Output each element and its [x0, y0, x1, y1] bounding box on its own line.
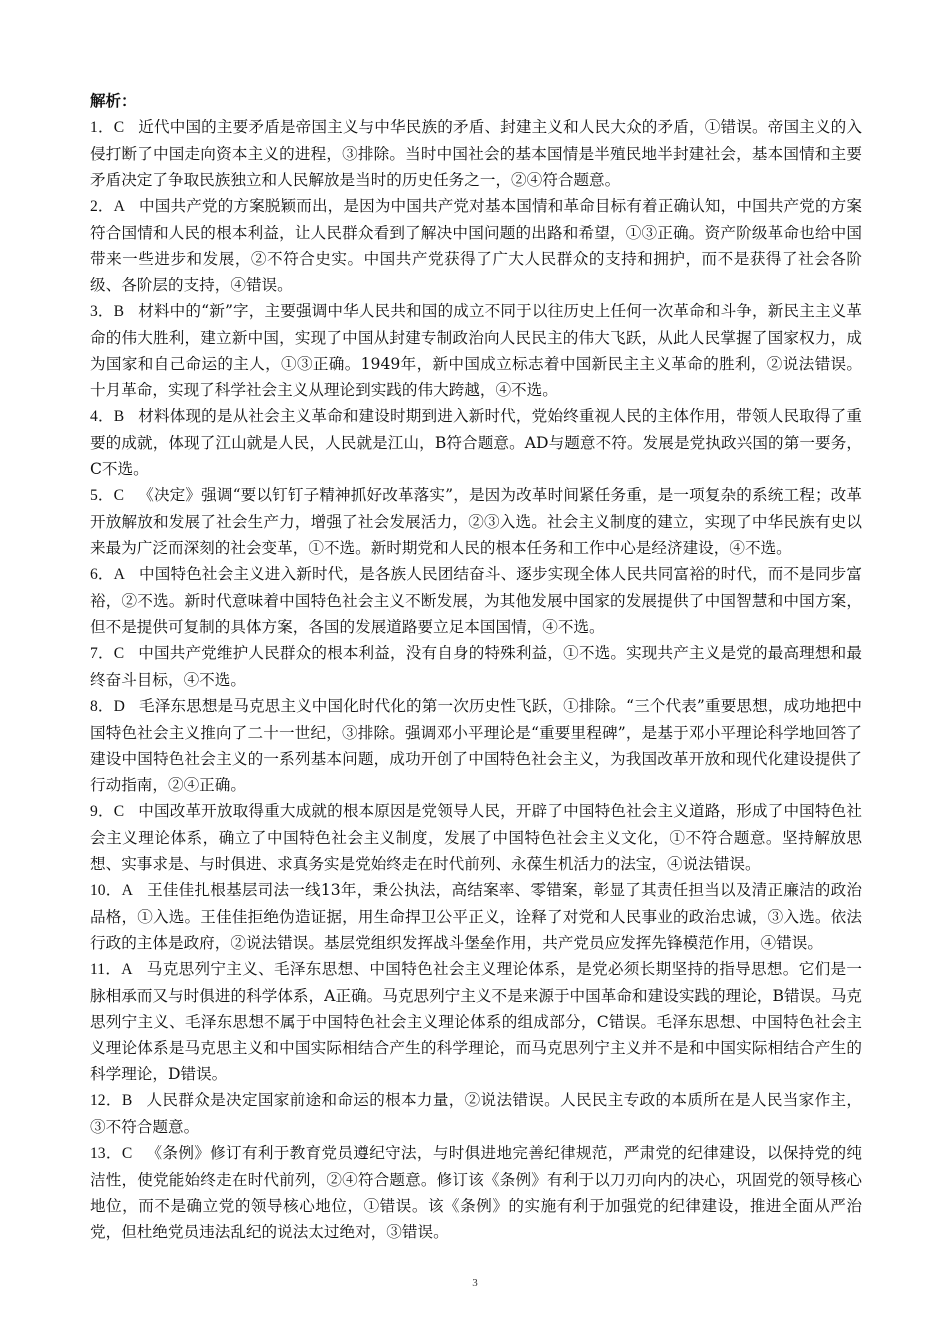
- explanation-item-10: 10．A王佳佳扎根基层司法一线13年，秉公执法，高结案率、零错案，彰显了其责任担…: [90, 877, 862, 956]
- item-answer: A: [121, 961, 132, 978]
- explanation-item-6: 6．A中国特色社会主义进入新时代，是各族人民团结奋斗、逐步实现全体人民共同富裕的…: [90, 561, 862, 640]
- item-answer: A: [114, 566, 125, 583]
- item-answer: C: [114, 645, 124, 662]
- item-text: 王佳佳扎根基层司法一线13年，秉公执法，高结案率、零错案，彰显了其责任担当以及清…: [90, 881, 862, 952]
- explanation-item-11: 11．A马克思列宁主义、毛泽东思想、中国特色社会主义理论体系，是党必须长期坚持的…: [90, 956, 862, 1087]
- item-number: 10．: [90, 882, 122, 899]
- item-answer: C: [114, 487, 124, 504]
- item-answer: C: [114, 803, 124, 820]
- item-answer: B: [114, 408, 124, 425]
- item-text: 《条例》修订有利于教育党员遵纪守法，与时俱进地完善纪律规范，严肃党的纪律建设，以…: [90, 1144, 862, 1241]
- item-text: 近代中国的主要矛盾是帝国主义与中华民族的矛盾、封建主义和人民大众的矛盾，①错误。…: [90, 118, 862, 189]
- item-text: 中国改革开放取得重大成就的根本原因是党领导人民，开辟了中国特色社会主义道路，形成…: [90, 802, 862, 873]
- explanation-item-1: 1．C近代中国的主要矛盾是帝国主义与中华民族的矛盾、封建主义和人民大众的矛盾，①…: [90, 114, 862, 193]
- item-number: 12．: [90, 1092, 122, 1109]
- item-text: 《决定》强调“要以钉钉子精神抓好改革落实”，是因为改革时间紧任务重，是一项复杂的…: [90, 486, 862, 557]
- item-number: 7．: [90, 645, 114, 662]
- item-answer: C: [114, 119, 124, 136]
- answer-explanations: 解析： 1．C近代中国的主要矛盾是帝国主义与中华民族的矛盾、封建主义和人民大众的…: [90, 88, 862, 1245]
- item-answer: A: [122, 882, 133, 899]
- explanation-item-12: 12．B人民群众是决定国家前途和命运的根本力量，②说法错误。人民民主专政的本质所…: [90, 1087, 862, 1140]
- item-answer: B: [114, 303, 124, 320]
- item-number: 13．: [90, 1145, 122, 1162]
- explanation-item-3: 3．B材料中的“新”字，主要强调中华人民共和国的成立不同于以往历史上任何一次革命…: [90, 298, 862, 403]
- page-number: 3: [0, 1277, 950, 1289]
- explanation-item-4: 4．B材料体现的是从社会主义革命和建设时期到进入新时代，党始终重视人民的主体作用…: [90, 403, 862, 482]
- item-answer: C: [122, 1145, 132, 1162]
- explanation-item-8: 8．D毛泽东思想是马克思主义中国化时代化的第一次历史性飞跃，①排除。“三个代表”…: [90, 693, 862, 798]
- explanation-item-9: 9．C中国改革开放取得重大成就的根本原因是党领导人民，开辟了中国特色社会主义道路…: [90, 798, 862, 877]
- item-number: 2．: [90, 198, 114, 215]
- section-heading: 解析：: [90, 88, 862, 114]
- item-text: 人民群众是决定国家前途和命运的根本力量，②说法错误。人民民主专政的本质所在是人民…: [90, 1091, 862, 1136]
- item-number: 3．: [90, 303, 114, 320]
- item-answer: B: [122, 1092, 132, 1109]
- item-text: 材料中的“新”字，主要强调中华人民共和国的成立不同于以往历史上任何一次革命和斗争…: [90, 302, 862, 399]
- item-number: 4．: [90, 408, 114, 425]
- item-number: 9．: [90, 803, 114, 820]
- item-number: 11．: [90, 961, 121, 978]
- item-text: 材料体现的是从社会主义革命和建设时期到进入新时代，党始终重视人民的主体作用，带领…: [90, 407, 862, 478]
- item-answer: A: [114, 198, 125, 215]
- explanation-item-5: 5．C《决定》强调“要以钉钉子精神抓好改革落实”，是因为改革时间紧任务重，是一项…: [90, 482, 862, 561]
- item-answer: D: [114, 698, 125, 715]
- explanation-item-2: 2．A中国共产党的方案脱颖而出，是因为中国共产党对基本国情和革命目标有着正确认知…: [90, 193, 862, 298]
- item-number: 1．: [90, 119, 114, 136]
- item-text: 中国共产党维护人民群众的根本利益，没有自身的特殊利益，①不选。实现共产主义是党的…: [90, 644, 862, 689]
- item-text: 毛泽东思想是马克思主义中国化时代化的第一次历史性飞跃，①排除。“三个代表”重要思…: [90, 697, 862, 794]
- item-text: 中国特色社会主义进入新时代，是各族人民团结奋斗、逐步实现全体人民共同富裕的时代，…: [90, 565, 862, 636]
- item-text: 马克思列宁主义、毛泽东思想、中国特色社会主义理论体系，是党必须长期坚持的指导思想…: [90, 960, 862, 1083]
- item-number: 5．: [90, 487, 114, 504]
- explanation-item-13: 13．C《条例》修订有利于教育党员遵纪守法，与时俱进地完善纪律规范，严肃党的纪律…: [90, 1140, 862, 1245]
- item-number: 6．: [90, 566, 114, 583]
- explanation-item-7: 7．C中国共产党维护人民群众的根本利益，没有自身的特殊利益，①不选。实现共产主义…: [90, 640, 862, 693]
- item-number: 8．: [90, 698, 114, 715]
- item-text: 中国共产党的方案脱颖而出，是因为中国共产党对基本国情和革命目标有着正确认知，中国…: [90, 197, 862, 294]
